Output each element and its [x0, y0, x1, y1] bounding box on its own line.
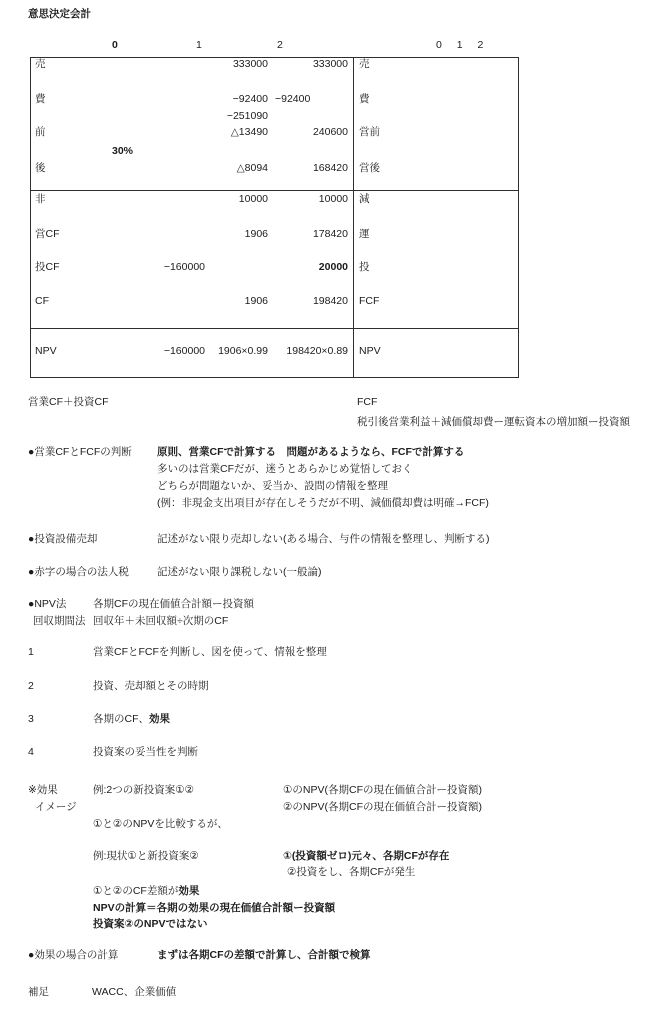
step-4-text: 投資案の妥当性を判断 — [93, 746, 198, 759]
table-header-right: 0 1 2 — [436, 39, 489, 52]
row-cf-y1: 1906 — [180, 295, 268, 308]
effect-compare: ①と②のNPVを比較するが、 — [93, 818, 228, 831]
step-1-number: 1 — [28, 646, 34, 659]
note-payback-label: 回収期間法 — [33, 615, 86, 628]
row-opcf-label: 営CF — [35, 228, 60, 241]
row-noncash-y1: 10000 — [180, 193, 268, 206]
note-fcf-label: FCF — [357, 396, 377, 409]
row-pre-y1: △13490 — [180, 126, 268, 139]
table-divider-1 — [30, 190, 519, 191]
document-page: 意思決定会計 0 1 2 0 1 2 売 333000 333000 売 費 −… — [0, 0, 654, 1024]
page-title: 意思決定会計 — [28, 8, 91, 21]
row-pre-rlabel: 営前 — [359, 126, 380, 139]
row-post-y2: 168420 — [268, 162, 348, 175]
step-3-text-normal: 各期のCF、 — [93, 713, 149, 725]
effect-label2: イメージ — [35, 801, 77, 814]
table-divider-2 — [30, 328, 519, 329]
effect-diff-bold: 効果 — [178, 885, 199, 897]
row-noncash-rlabel: 減 — [359, 193, 370, 206]
row-sales-y2: 333000 — [268, 58, 348, 71]
supplement-label: 補足 — [28, 986, 49, 999]
row-invcf-y0: −160000 — [115, 261, 205, 274]
step-3-number: 3 — [28, 713, 34, 726]
row-cf-rlabel: FCF — [359, 295, 379, 308]
row-cost-y1b: −92400 — [275, 93, 310, 106]
row-npv-y2: 198420×0.89 — [268, 345, 348, 358]
calc-bold: まずは各期CFの差額で計算し、合計額で検算 — [157, 949, 371, 962]
note-tax-text: 記述がない限り課税しない(一般論) — [157, 566, 322, 579]
row-cf-y2: 198420 — [268, 295, 348, 308]
effect-right4: ②投資をし、各期CFが発生 — [287, 866, 415, 879]
note-tax-label: ●赤字の場合の法人税 — [28, 566, 129, 579]
row-noncash-y2: 10000 — [268, 193, 348, 206]
note-npv-method-text: 各期CFの現在価値合計額ー投資額 — [93, 598, 254, 611]
note-payback-text: 回収年＋未回収額÷次期のCF — [93, 615, 228, 628]
effect-diff-normal: ①と②のCF差額が — [93, 885, 178, 897]
step-2-text: 投資、売却額とその時期 — [93, 680, 209, 693]
row-npv-y1: 1906×0.99 — [180, 345, 268, 358]
effect-example2: 例:現状①と新投資案② — [93, 850, 199, 863]
row-post-label: 後 — [35, 162, 46, 175]
row-cost-label: 費 — [35, 93, 46, 106]
row-noncash-label: 非 — [35, 193, 46, 206]
row-sales-rlabel: 売 — [359, 58, 370, 71]
row-sales-y1: 333000 — [180, 58, 268, 71]
note-fcf-formula: 税引後営業利益＋減価償却費ー運転資本の増加額ー投資額 — [357, 416, 630, 429]
step-4-number: 4 — [28, 746, 34, 759]
note-judge-line3: どちらが問題ないか、妥当か、設問の情報を整理 — [157, 480, 388, 493]
row-invcf-y2: 20000 — [268, 261, 348, 274]
step-3-text-bold: 効果 — [149, 713, 170, 725]
row-pre-label: 前 — [35, 126, 46, 139]
note-judge-bold: 原則、営業CFで計算する 問題があるようなら、FCFで計算する — [157, 446, 464, 459]
row-post-rlabel: 営後 — [359, 162, 380, 175]
effect-npv-calc: NPVの計算＝各期の効果の現在価値合計額ー投資額 — [93, 902, 335, 915]
note-npv-method-label: ●NPV法 — [28, 598, 66, 611]
row-cost-rlabel: 費 — [359, 93, 370, 106]
step-1-text: 営業CFとFCFを判断し、図を使って、情報を整理 — [93, 646, 327, 659]
row-post-y1: △8094 — [180, 162, 268, 175]
effect-diff-line: ①と②のCF差額が効果 — [93, 885, 199, 898]
note-judge-line4: (例：非現金支出項目が存在しそうだが不明、減価償却費は明確→FCF) — [157, 497, 489, 510]
note-sale-label: ●投資設備売却 — [28, 533, 97, 546]
row-npv-rlabel: NPV — [359, 345, 381, 358]
effect-not-npv2: 投資案②のNPVではない — [93, 918, 207, 931]
note-judge-label: ●営業CFとFCFの判断 — [28, 446, 132, 459]
row-opcf-rlabel: 運 — [359, 228, 370, 241]
step-3-text: 各期のCF、効果 — [93, 713, 170, 726]
table-header-col2: 2 — [277, 39, 283, 52]
step-2-number: 2 — [28, 680, 34, 693]
note-sale-text: 記述がない限り売却しない(ある場合、与件の情報を整理し、判断する) — [157, 533, 490, 546]
effect-right2: ②のNPV(各期CFの現在価値合計ー投資額) — [283, 801, 482, 814]
effect-right3: ①(投資額ゼロ)元々、各期CFが存在 — [283, 850, 449, 863]
row-cost-y1: −92400 — [180, 93, 268, 106]
note-ocf-plus-icf: 営業CF＋投資CF — [28, 396, 109, 409]
row-taxrate: 30% — [112, 145, 133, 158]
supplement-text: WACC、企業価値 — [92, 986, 176, 999]
table-header-col0: 0 — [112, 39, 118, 52]
row-invcf-label: 投CF — [35, 261, 60, 274]
row-cf-label: CF — [35, 295, 49, 308]
row-opcf-y1: 1906 — [180, 228, 268, 241]
note-judge-line2: 多いのは営業CFだが、迷うとあらかじめ覚悟しておく — [157, 463, 413, 476]
table-vertical-divider — [353, 57, 354, 378]
effect-example1: 例:2つの新投資案①② — [93, 784, 194, 797]
row-invcf-rlabel: 投 — [359, 261, 370, 274]
row-sales-label: 売 — [35, 58, 46, 71]
row-npv-label: NPV — [35, 345, 57, 358]
calc-label: ●効果の場合の計算 — [28, 949, 118, 962]
effect-label: ※効果 — [28, 784, 58, 797]
table-header-col1: 1 — [196, 39, 202, 52]
effect-right1: ①のNPV(各期CFの現在価値合計ー投資額) — [283, 784, 482, 797]
row-opcf-y2: 178420 — [268, 228, 348, 241]
row-pre-y2: 240600 — [268, 126, 348, 139]
row-cost2-y1: −251090 — [180, 110, 268, 123]
